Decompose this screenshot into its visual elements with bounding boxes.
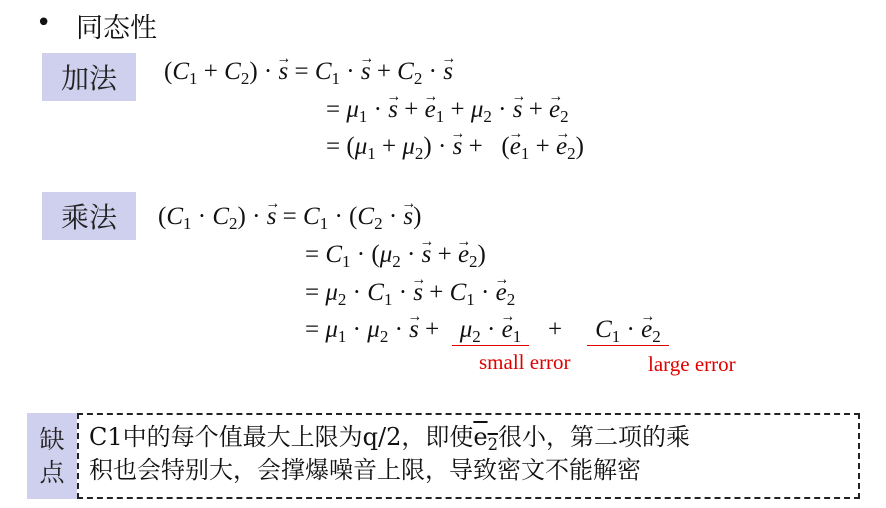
multiplication-label: 乘法: [42, 192, 136, 240]
addition-equation-line-1: (C1 + C2) · s = C1 · s + C2 · s: [164, 58, 453, 86]
drawback-text-line-2: 积也会特别大，会撑爆噪音上限，导致密文不能解密: [89, 454, 858, 487]
large-error-term: C1 · e2: [587, 316, 669, 346]
drawback-label: 缺 点: [27, 413, 77, 499]
large-error-label: large error: [648, 352, 736, 377]
addition-label: 加法: [42, 53, 136, 101]
bullet-icon: •: [36, 8, 51, 38]
drawback-box: C1中的每个值最大上限为q/2，即使e2很小，第二项的乘 积也会特别大，会撑爆噪…: [77, 413, 860, 499]
multiplication-equation-line-1: (C1 · C2) · s = C1 · (C2 · s): [158, 203, 421, 231]
multiplication-equation-line-2: = C1 · (μ2 · s + e2): [305, 241, 486, 269]
e2-vector: e2: [473, 423, 498, 451]
drawback-label-line-2: 点: [39, 456, 64, 489]
multiplication-equation-line-3: = μ2 · C1 · s + C1 · e2: [305, 279, 515, 307]
addition-equation-line-2: = μ1 · s + e1 + μ2 · s + e2: [326, 96, 569, 124]
small-error-term: μ2 · e1: [452, 316, 530, 346]
multiplication-equation-line-4: = μ1 · μ2 · s + μ2 · e1 + C1 · e2: [305, 316, 669, 344]
section-heading: 同态性: [76, 6, 157, 45]
small-error-label: small error: [479, 350, 571, 375]
drawback-label-line-1: 缺: [39, 423, 64, 456]
drawback-text-line-1: C1中的每个值最大上限为q/2，即使e2很小，第二项的乘: [89, 421, 858, 454]
addition-equation-line-3: = (μ1 + μ2) · s + (e1 + e2): [326, 133, 584, 161]
